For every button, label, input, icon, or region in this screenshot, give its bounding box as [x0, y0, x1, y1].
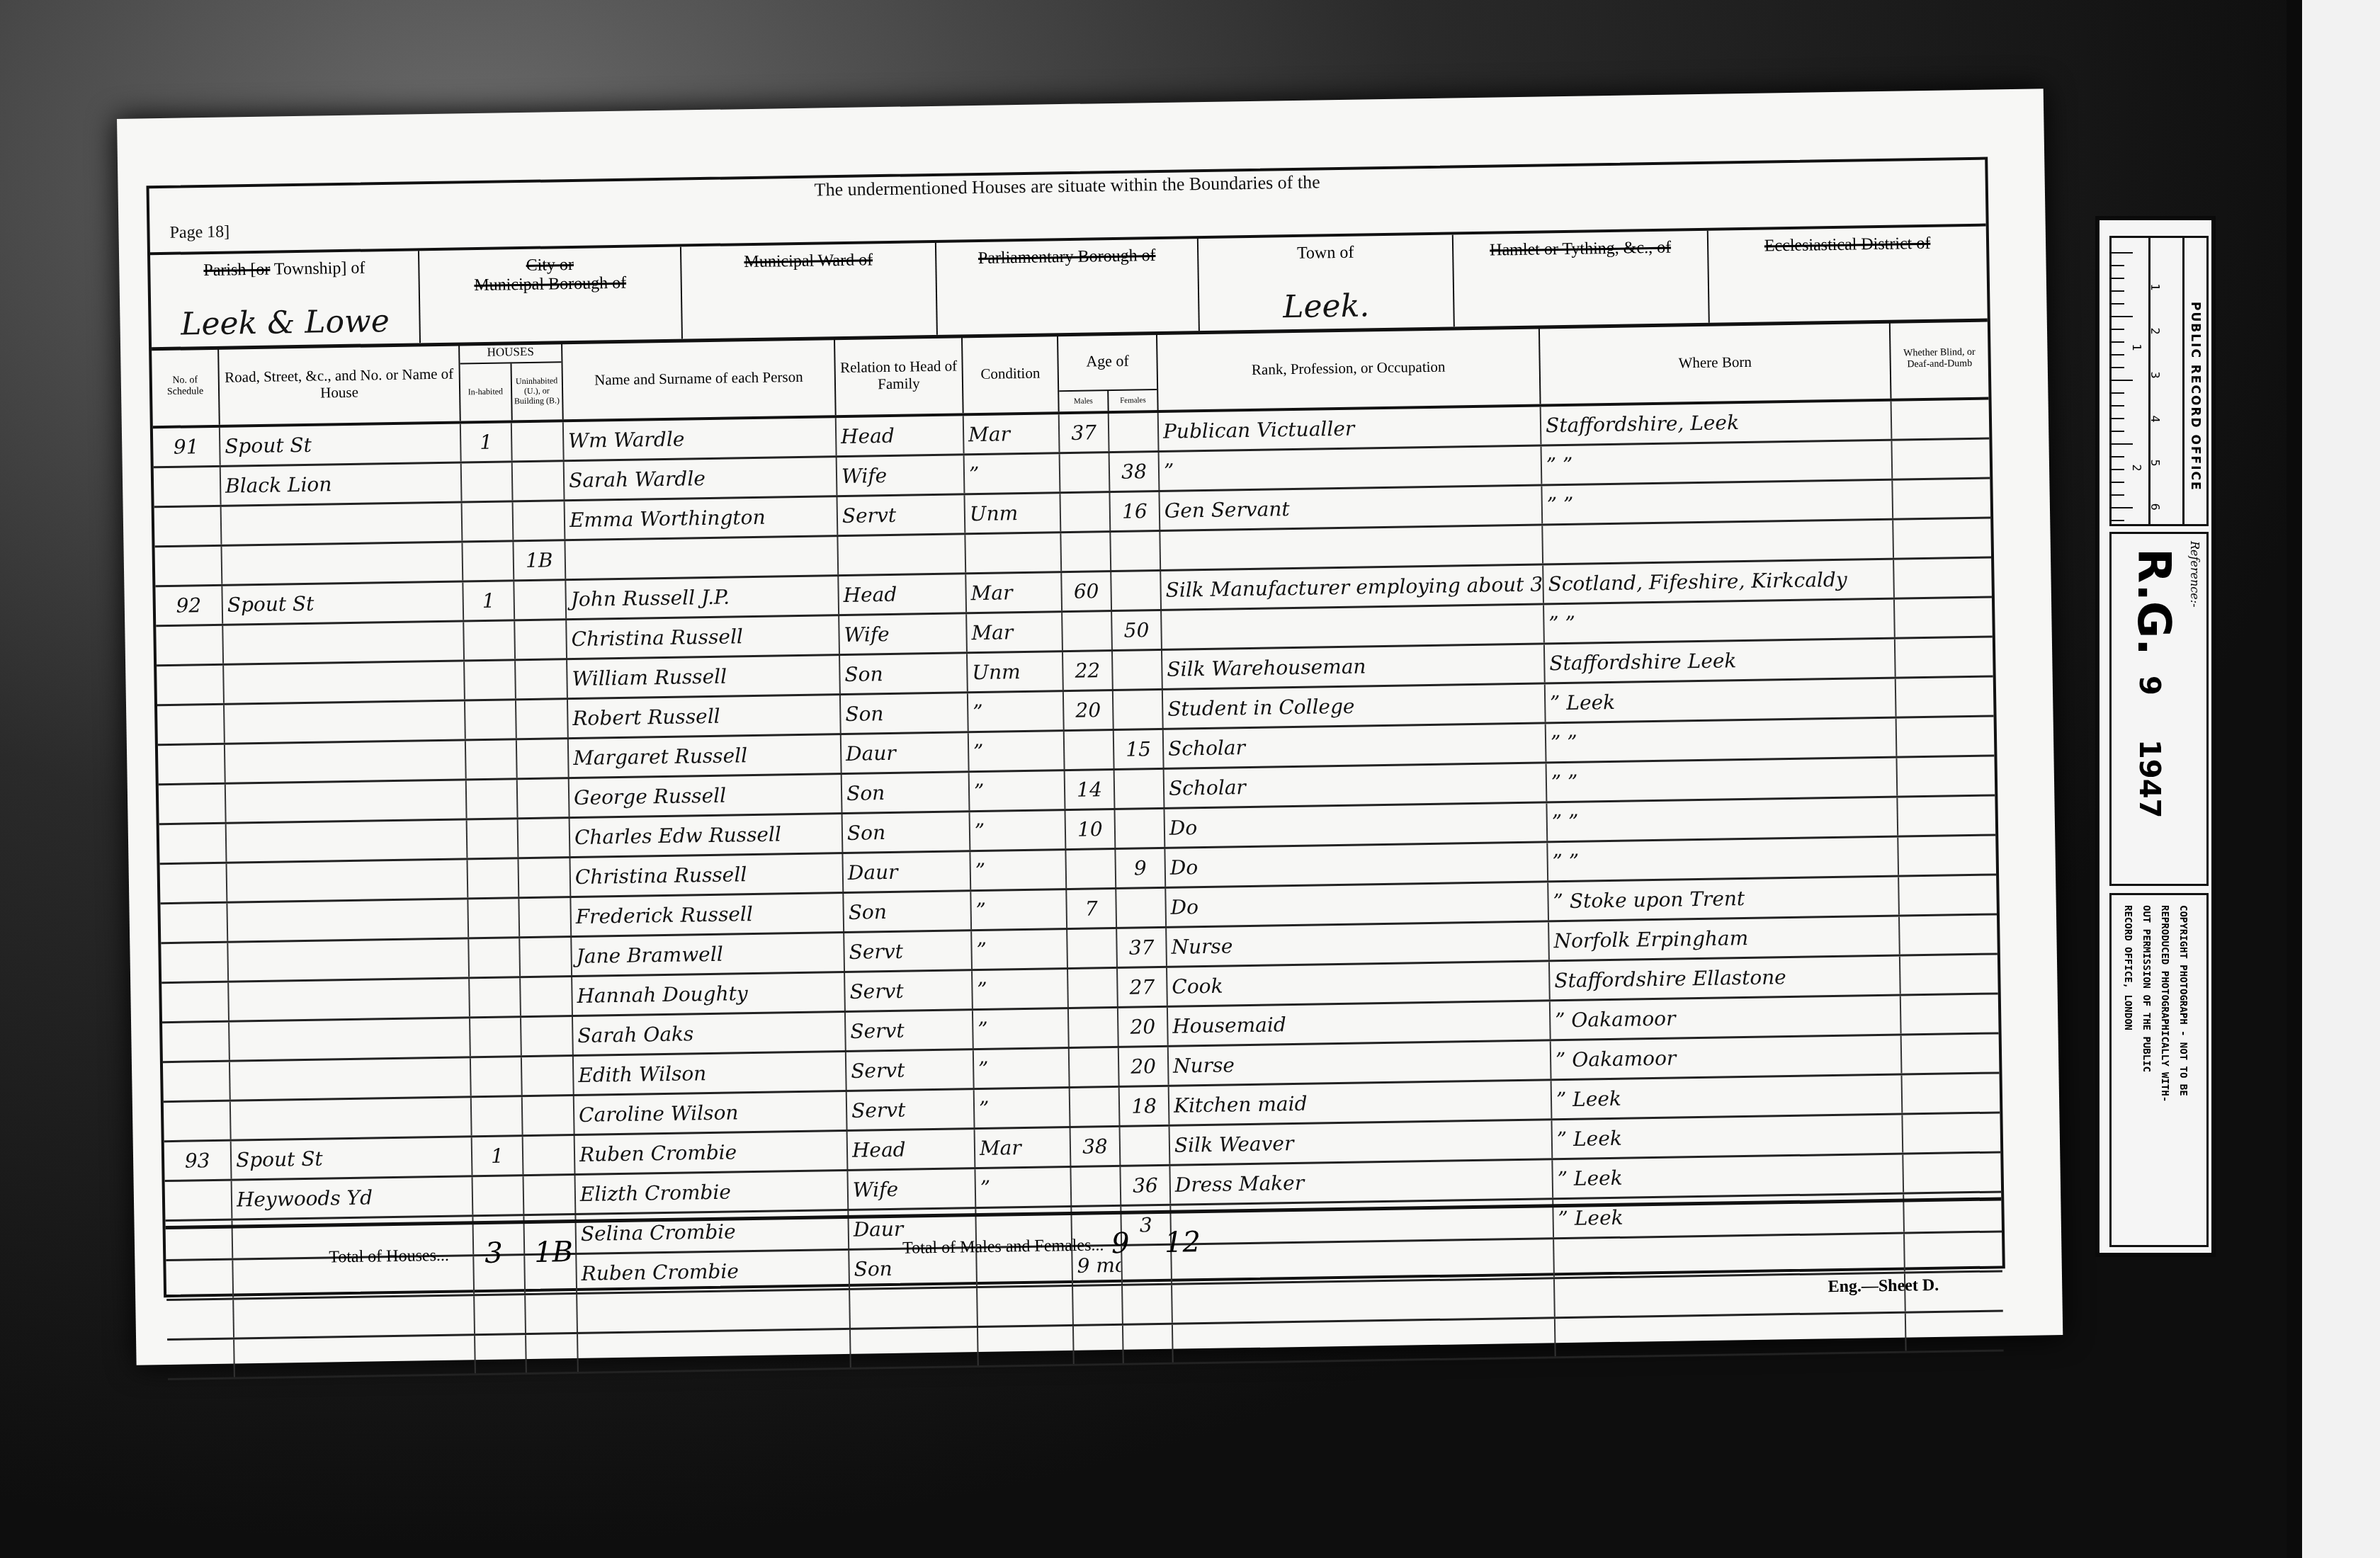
- uninhabited-cell: [517, 739, 569, 778]
- name-cell: Margaret Russell: [569, 735, 842, 777]
- condition-cell: ”: [973, 1009, 1070, 1048]
- ruler-divider: [2182, 238, 2184, 524]
- scale-ruler: 1 2 3 4 5 6 1 2 PUBLIC RECORD OFFICE: [2109, 236, 2209, 526]
- uninhabited-cell: [521, 977, 573, 1016]
- female-age-cell: 37: [1117, 928, 1167, 967]
- ruler-cm-6: 6: [2148, 503, 2162, 510]
- ruler-tick: [2112, 252, 2133, 254]
- uninhabited-cell: [524, 1176, 577, 1214]
- schedule-cell: [163, 1062, 231, 1101]
- male-age-cell: 60: [1062, 572, 1112, 610]
- occupation-cell: Do: [1164, 803, 1548, 846]
- ruler-tick: [2112, 443, 2133, 445]
- schedule-cell: [164, 1102, 232, 1140]
- ruler-tick: [2112, 303, 2124, 305]
- total-females: 12: [1164, 1226, 1201, 1259]
- birthplace-cell: Norfolk Erpingham: [1549, 917, 1900, 960]
- schedule-cell: [161, 943, 229, 982]
- uninhabited-cell: [518, 858, 571, 897]
- name-cell: Robert Russell: [568, 695, 841, 737]
- ruler-in-1: 1: [2130, 343, 2143, 351]
- inhabited-cell: [462, 462, 514, 501]
- female-age-cell: [1111, 572, 1162, 610]
- name-cell: Charles Edw Russell: [570, 814, 844, 856]
- relation-cell: Son: [844, 892, 972, 931]
- relation-cell: Head: [837, 416, 965, 455]
- relation-cell: [851, 1328, 979, 1367]
- scan-edge: [2302, 0, 2380, 1558]
- male-age-cell: [1061, 533, 1111, 571]
- infirmity-cell: [1900, 915, 1997, 954]
- ruler-tick: [2112, 316, 2133, 317]
- occupation-cell: [1173, 1319, 1556, 1362]
- inhabited-cell: [475, 1295, 526, 1334]
- inhabited-cell: [465, 700, 517, 739]
- condition-cell: ”: [971, 890, 1067, 929]
- uninhabited-cell: [515, 620, 567, 659]
- male-age-cell: [1069, 1008, 1119, 1047]
- ecclesiastical-label: Ecclesiastical District of: [1764, 234, 1931, 256]
- schedule-cell: [160, 864, 228, 902]
- infirmity-cell: [1903, 1153, 2001, 1192]
- relation-cell: Son: [841, 693, 969, 733]
- name-cell: [577, 1290, 851, 1332]
- birthplace-cell: ” Leek: [1552, 1076, 1903, 1119]
- infirmity-cell: [1897, 717, 1995, 756]
- ruler-tick: [2112, 405, 2124, 406]
- road-cell: [227, 860, 469, 901]
- inhabited-cell: [467, 780, 518, 818]
- schedule-cell: [162, 1023, 230, 1061]
- infirmity-cell: [1902, 1034, 2000, 1073]
- occupation-cell: ”: [1160, 446, 1543, 489]
- relation-cell: Wife: [848, 1169, 976, 1209]
- female-age-cell: 16: [1110, 492, 1160, 530]
- schedule-cell: [155, 547, 223, 585]
- condition-cell: Mar: [967, 613, 1063, 652]
- ruler-tick: [2112, 469, 2124, 470]
- name-cell: Sarah Oaks: [573, 1013, 846, 1054]
- sheet-mark: Eng.—Sheet D.: [1827, 1276, 1939, 1297]
- uninhabited-cell: [518, 819, 571, 857]
- occupation-cell: [1160, 525, 1543, 569]
- inhabited-cell: [464, 621, 516, 659]
- reference-piece: 1947: [2133, 739, 2165, 818]
- schedule-cell: 93: [164, 1142, 232, 1180]
- name-cell: William Russell: [567, 656, 841, 698]
- ruler-tick: [2112, 367, 2124, 368]
- female-age-cell: 15: [1114, 730, 1164, 768]
- occupation-cell: Scholar: [1164, 763, 1548, 807]
- condition-cell: Mar: [964, 414, 1060, 453]
- male-age-cell: [1068, 969, 1118, 1007]
- birthplace-cell: Staffordshire, Leek: [1541, 402, 1893, 445]
- birthplace-cell: Staffordshire Ellastone: [1550, 957, 1901, 1000]
- relation-cell: [838, 535, 966, 574]
- relation-cell: Daur: [843, 852, 971, 892]
- relation-cell: Wife: [839, 614, 968, 654]
- name-cell: Hannah Doughty: [572, 973, 846, 1015]
- ruler-tick: [2112, 456, 2124, 457]
- male-age-cell: [1066, 850, 1116, 888]
- female-age-cell: [1121, 1127, 1171, 1165]
- occupation-cell: Gen Servant: [1160, 486, 1543, 529]
- birthplace-cell: ” Stoke upon Trent: [1548, 877, 1900, 921]
- relation-cell: Servt: [846, 1050, 975, 1090]
- condition-cell: ”: [975, 1168, 1072, 1207]
- relation-cell: Daur: [841, 733, 970, 773]
- ruler-tick: [2112, 354, 2124, 356]
- hamlet-cell: Hamlet or Tything, &c., of: [1453, 231, 1710, 327]
- female-age-cell: 27: [1118, 968, 1168, 1006]
- condition-cell: ”: [968, 692, 1065, 731]
- female-age-cell: [1116, 889, 1167, 927]
- male-age-cell: 20: [1064, 691, 1114, 729]
- schedule-cell: [165, 1181, 233, 1219]
- col-uninhabited: Uninhabited (U.), or Building (B.): [511, 363, 562, 420]
- male-age-cell: [1067, 929, 1118, 967]
- page-number: Page 18]: [169, 223, 229, 243]
- birthplace-cell: ” ”: [1546, 719, 1898, 762]
- condition-cell: Unm: [968, 652, 1064, 691]
- infirmity-cell: [1898, 796, 1995, 835]
- female-age-cell: 20: [1119, 1047, 1169, 1086]
- male-age-cell: 22: [1063, 652, 1113, 690]
- male-age-cell: [1065, 731, 1115, 769]
- schedule-cell: [158, 745, 226, 783]
- birthplace-cell: ” ”: [1547, 798, 1898, 841]
- male-age-cell: 38: [1071, 1127, 1121, 1166]
- condition-cell: ”: [965, 454, 1061, 493]
- ruler-tick: [2112, 265, 2124, 266]
- schedule-cell: [157, 705, 225, 744]
- occupation-cell: Dress Maker: [1170, 1160, 1553, 1203]
- road-cell: Spout St: [220, 423, 462, 465]
- condition-cell: ”: [973, 970, 1069, 1008]
- road-cell: [229, 979, 470, 1020]
- col-blind: Whether Blind, or Deaf-and-Dumb: [1891, 319, 1989, 399]
- houses-label: HOUSES: [460, 341, 561, 364]
- infirmity-cell: [1903, 1074, 2000, 1113]
- reference-label: Reference:-: [2188, 541, 2201, 608]
- infirmity-cell: [1900, 955, 1998, 994]
- infirmity-cell: [1893, 479, 1990, 518]
- ruler-in-2: 2: [2130, 464, 2143, 471]
- birthplace-cell: Scotland, Fifeshire, Kirkcaldy: [1543, 560, 1895, 603]
- occupation-cell: Publican Victualler: [1159, 406, 1542, 450]
- col-females: Females: [1109, 390, 1157, 411]
- uninhabited-cell: [523, 1136, 576, 1174]
- name-cell: Christina Russell: [570, 854, 844, 896]
- female-age-cell: [1116, 809, 1166, 848]
- total-males: 9: [1111, 1227, 1130, 1260]
- inhabited-cell: [475, 1335, 527, 1373]
- infirmity-cell: [1892, 440, 1990, 479]
- inhabited-cell: [467, 859, 519, 897]
- ruler-tick: [2112, 380, 2133, 381]
- name-cell: Christina Russell: [567, 616, 840, 658]
- uninhabited-cell: [519, 898, 572, 936]
- name-cell: Sarah Wardle: [565, 457, 838, 499]
- inhabited-cell: [470, 1018, 522, 1056]
- inhabited-cell: [472, 1097, 523, 1135]
- ruler-ticks: [2112, 238, 2133, 524]
- ecclesiastical-cell: Ecclesiastical District of: [1708, 227, 1988, 323]
- infirmity-cell: [1895, 598, 1993, 637]
- relation-cell: Servt: [844, 931, 973, 971]
- road-cell: [229, 1018, 471, 1059]
- condition-cell: [965, 533, 1062, 572]
- col-age: Age of Males Females: [1058, 332, 1159, 411]
- condition-cell: [977, 1287, 1074, 1326]
- road-cell: [225, 741, 467, 782]
- uninhabited-cell: [514, 581, 567, 619]
- uninhabited-cell: [514, 501, 566, 540]
- infirmity-cell: [1906, 1312, 2004, 1351]
- road-cell: [228, 939, 470, 980]
- infirmity-cell: [1895, 638, 1993, 677]
- census-form: The undermentioned Houses are situate wi…: [146, 157, 2005, 1298]
- inhabited-cell: [463, 502, 514, 540]
- ruler-cm-1: 1: [2148, 283, 2162, 290]
- female-age-cell: [1113, 690, 1164, 729]
- birthplace-cell: ” ”: [1542, 481, 1893, 524]
- infirmity-cell: [1901, 994, 1999, 1033]
- relation-cell: Servt: [846, 1011, 974, 1050]
- male-age-cell: [1071, 1167, 1121, 1205]
- infirmity-cell: [1896, 677, 1994, 716]
- uninhabited-cell: [523, 1096, 575, 1135]
- schedule-cell: [157, 666, 225, 704]
- female-age-cell: [1123, 1325, 1174, 1363]
- condition-cell: ”: [970, 811, 1067, 850]
- archive-title: PUBLIC RECORD OFFICE: [2188, 302, 2202, 491]
- female-age-cell: 18: [1120, 1087, 1170, 1125]
- occupation-cell: Do: [1165, 843, 1548, 886]
- col-males: Males: [1059, 391, 1109, 411]
- ruler-tick: [2112, 341, 2124, 343]
- infirmity-cell: [1903, 1113, 2000, 1152]
- inhabited-cell: [469, 938, 521, 977]
- infirmity-cell: [1892, 400, 1990, 439]
- condition-cell: ”: [970, 771, 1066, 810]
- reference-code: R.G.: [2127, 548, 2180, 656]
- infirmity-cell: [1899, 875, 1997, 914]
- female-age-cell: 36: [1121, 1166, 1171, 1205]
- town-label: Town of: [1297, 244, 1354, 263]
- ruler-cm-4: 4: [2148, 415, 2162, 422]
- relation-cell: Servt: [838, 495, 966, 535]
- schedule-cell: 92: [155, 586, 223, 625]
- female-age-cell: [1115, 770, 1165, 808]
- male-age-cell: [1070, 1048, 1120, 1086]
- uninhabited-cell: [516, 700, 569, 738]
- condition-cell: Mar: [966, 573, 1062, 612]
- female-age-cell: 9: [1116, 849, 1166, 887]
- condition-cell: ”: [972, 930, 1068, 969]
- condition-cell: Unm: [965, 494, 1061, 533]
- parish-kept: Township] of: [274, 259, 365, 279]
- uninhabited-cell: [526, 1334, 579, 1372]
- road-cell: [227, 899, 469, 940]
- female-age-cell: 20: [1118, 1008, 1169, 1046]
- ruler-tick: [2112, 392, 2124, 394]
- ruler-cm-2: 2: [2148, 327, 2162, 334]
- birthplace-cell: Staffordshire Leek: [1545, 639, 1896, 683]
- inhabited-cell: 1: [463, 581, 515, 620]
- parliamentary-borough-cell: Parliamentary Borough of: [936, 239, 1200, 335]
- name-cell: Elizth Crombie: [576, 1171, 849, 1213]
- relation-cell: Head: [839, 574, 967, 614]
- ruler-divider: [2148, 238, 2150, 524]
- name-cell: Edith Wilson: [574, 1052, 847, 1094]
- male-age-cell: [1060, 493, 1111, 531]
- uninhabited-cell: [518, 779, 570, 817]
- infirmity-cell: [1898, 836, 1996, 875]
- uninhabited-cell: 1B: [514, 541, 566, 579]
- birthplace-cell: ” Oakamoor: [1551, 1036, 1903, 1079]
- road-cell: Heywoods Yd: [232, 1177, 474, 1218]
- name-cell: John Russell J.P.: [566, 576, 839, 618]
- col-occupation: Rank, Profession, or Occupation: [1157, 326, 1541, 409]
- uninhabited-cell: [513, 462, 565, 500]
- inhabited-cell: [463, 542, 514, 580]
- ruler-tick: [2112, 520, 2124, 521]
- parish-value: Leek & Lowe: [151, 302, 419, 343]
- name-cell: Frederick Russell: [571, 894, 844, 936]
- male-age-cell: 7: [1067, 889, 1117, 928]
- col-name: Name and Surname of each Person: [562, 337, 837, 419]
- ruler-cm-3: 3: [2148, 371, 2162, 378]
- male-age-cell: [1070, 1088, 1121, 1126]
- municipal-borough-label: Municipal Borough of: [420, 273, 681, 297]
- uninhabited-cell: [520, 938, 572, 976]
- ruler-tick: [2112, 507, 2133, 508]
- occupation-cell: Nurse: [1167, 922, 1550, 965]
- uninhabited-cell: [516, 660, 568, 698]
- female-age-cell: 38: [1110, 453, 1160, 491]
- male-age-cell: 37: [1060, 414, 1110, 452]
- census-sheet: The undermentioned Houses are situate wi…: [117, 89, 2063, 1365]
- municipal-ward-cell: Municipal Ward of: [681, 243, 938, 339]
- age-label: Age of: [1058, 332, 1157, 392]
- female-age-cell: [1109, 413, 1160, 451]
- inhabited-cell: [473, 1176, 525, 1215]
- female-age-cell: [1113, 651, 1163, 689]
- parish-struck: Parish [or: [203, 261, 270, 280]
- uninhabited-cell: [521, 1017, 574, 1055]
- birthplace-cell: ” Leek: [1552, 1115, 1903, 1159]
- ruler-tick: [2112, 494, 2124, 496]
- birthplace-cell: ” ”: [1547, 758, 1898, 802]
- copyright-box: COPYRIGHT PHOTOGRAPH - NOT TO BE REPRODU…: [2109, 893, 2209, 1247]
- schedule-cell: [159, 785, 227, 823]
- infirmity-cell: [1893, 519, 1991, 558]
- schedule-cell: 91: [153, 428, 221, 466]
- total-houses-uninhabited: 1B: [534, 1236, 574, 1269]
- municipal-ward-label: Municipal Ward of: [744, 251, 873, 271]
- condition-cell: ”: [970, 851, 1067, 889]
- inhabited-cell: [466, 740, 518, 778]
- municipal-borough-cell: City or Municipal Borough of: [419, 247, 683, 343]
- birthplace-cell: ” ”: [1548, 838, 1899, 881]
- uninhabited-cell: [522, 1057, 574, 1095]
- road-cell: [224, 661, 465, 703]
- occupation-cell: Housemaid: [1168, 1001, 1551, 1045]
- road-cell: [223, 622, 465, 663]
- road-cell: [226, 780, 467, 821]
- infirmity-cell: [1894, 559, 1992, 598]
- road-cell: [234, 1296, 475, 1337]
- archive-label-card: 1 2 3 4 5 6 1 2 PUBLIC RECORD OFFICE Ref…: [2095, 216, 2216, 1257]
- name-cell: George Russell: [569, 775, 843, 817]
- scan-edge-dark: [2286, 0, 2302, 1558]
- relation-cell: [850, 1288, 978, 1328]
- road-cell: [230, 1058, 472, 1099]
- name-cell: Emma Worthington: [565, 497, 839, 539]
- ruler-cm-5: 5: [2148, 459, 2162, 466]
- ruler-tick: [2112, 431, 2124, 432]
- occupation-cell: Scholar: [1164, 724, 1547, 767]
- inhabited-cell: [468, 899, 520, 937]
- birthplace-cell: [1555, 1314, 1907, 1357]
- boundaries-heading: The undermentioned Houses are situate wi…: [149, 160, 1985, 213]
- ruler-tick: [2112, 329, 2124, 330]
- birthplace-cell: ” Oakamoor: [1551, 996, 1902, 1040]
- condition-cell: [978, 1326, 1075, 1365]
- hamlet-label: Hamlet or Tything, &c., of: [1490, 239, 1671, 260]
- birthplace-cell: [1543, 521, 1894, 564]
- schedule-cell: [160, 904, 228, 942]
- col-relation: Relation to Head of Family: [835, 335, 964, 415]
- female-age-cell: [1111, 532, 1161, 570]
- ruler-tick: [2112, 482, 2124, 483]
- inhabited-cell: [471, 1057, 523, 1096]
- relation-cell: Son: [842, 773, 970, 812]
- total-persons-label: Total of Males and Females...: [902, 1236, 1104, 1258]
- road-cell: Spout St: [222, 582, 464, 623]
- copyright-notice: COPYRIGHT PHOTOGRAPH - NOT TO BE REPRODU…: [2119, 905, 2192, 1102]
- schedule-cell: [167, 1340, 235, 1378]
- reference-box: Reference:- R.G. 9 1947: [2109, 532, 2209, 886]
- total-houses-inhabited: 3: [484, 1237, 503, 1270]
- occupation-cell: Silk Weaver: [1170, 1120, 1553, 1164]
- name-cell: Ruben Crombie: [575, 1132, 849, 1173]
- condition-cell: ”: [975, 1088, 1071, 1127]
- name-cell: [565, 537, 839, 579]
- parish-cell: Parish [or Township] of Leek & Lowe: [150, 251, 421, 347]
- birthplace-cell: ” ”: [1544, 600, 1895, 643]
- occupation-cell: Silk Manufacturer employing about 300 ha…: [1161, 565, 1544, 608]
- male-age-cell: 14: [1065, 771, 1116, 809]
- town-value: Leek.: [1199, 286, 1453, 326]
- occupation-cell: Cook: [1167, 962, 1551, 1005]
- inhabited-cell: 1: [472, 1137, 524, 1175]
- inhabited-cell: [470, 978, 521, 1016]
- male-age-cell: 10: [1066, 810, 1116, 848]
- col-houses: HOUSES In-habited Uninhabited (U.), or B…: [460, 341, 564, 421]
- relation-cell: Servt: [845, 971, 973, 1011]
- condition-cell: Mar: [975, 1128, 1072, 1167]
- name-cell: Wm Wardle: [564, 418, 837, 460]
- col-schedule: No. of Schedule: [152, 347, 220, 426]
- uninhabited-cell: [526, 1295, 578, 1333]
- male-age-cell: [1060, 453, 1111, 491]
- road-cell: [231, 1098, 472, 1139]
- occupation-cell: Nurse: [1169, 1041, 1552, 1084]
- road-cell: [225, 701, 466, 742]
- male-age-cell: [1074, 1326, 1124, 1364]
